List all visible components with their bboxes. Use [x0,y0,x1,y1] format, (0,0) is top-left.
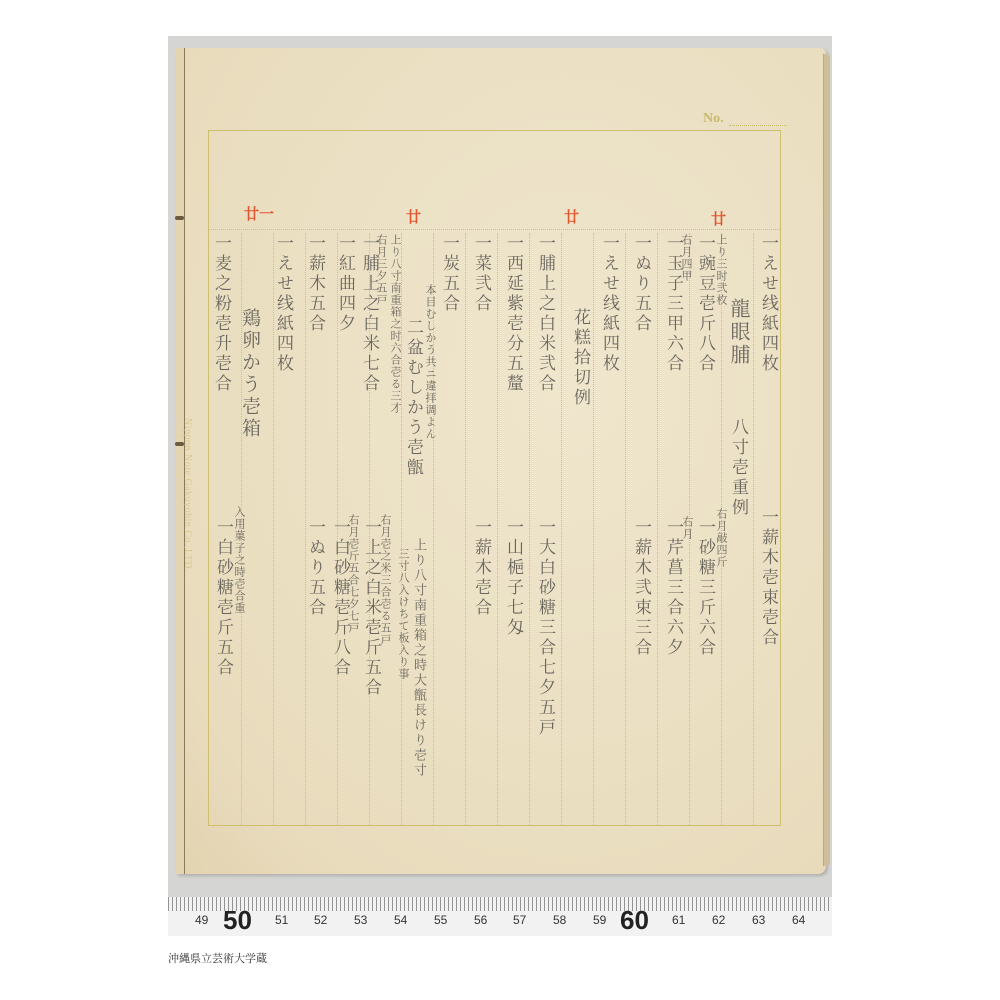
document-photo: No. Nippon Note Gakuyohin Co.,LTD. 廿 廿 [168,36,832,936]
ruler-label: 63 [752,913,765,927]
publisher-imprint: Nippon Note Gakuyohin Co.,LTD. [182,418,193,572]
ruler-label: 57 [513,913,526,927]
ledger-entry: 一上之白米壱斤五合 [362,518,379,698]
section-head: 廿一 [244,203,274,224]
notebook-page: No. Nippon Note Gakuyohin Co.,LTD. 廿 廿 [176,48,826,874]
ledger-entry: 一ぬり五合 [306,518,323,618]
ledger-entry: 一えせ线紙四枚 [274,234,291,374]
ledger-note: 上り三时弐枚 [716,234,727,306]
ruler-label: 50 [223,905,252,936]
page-number-blank [729,125,787,126]
column-rule [657,233,658,825]
ruler-label: 62 [712,913,725,927]
section-head: 廿 [406,206,421,227]
ledger-entry: 一えせ线紙四枚 [600,234,617,374]
ledger-entry: 一薪木五合 [306,234,323,334]
ledger-entry: 一豌豆壱斤八合 [696,234,713,374]
ledger-entry: 一えせ线紙四枚 [759,234,776,374]
ledger-entry: 花糕拾切例 [571,308,588,408]
ledger-note: 右月壱之米三合壱る五戸 [380,514,391,646]
column-rule [529,233,530,825]
ruler-label: 58 [553,913,566,927]
ledger-entry: 一芹菖三合六夕 [664,518,681,658]
ruler-label: 55 [434,913,447,927]
binding-hole [175,216,184,220]
top-rule [209,229,780,230]
ledger-entry: 一紅曲四夕 [336,234,353,334]
ledger-entry: 上り八寸南重箱之時大甑長けり壱寸 [412,538,425,778]
ruler-label: 64 [792,913,805,927]
column-rule [753,233,754,825]
ledger-note: 上り八寸南重箱之时六合壱る三才 [390,234,401,414]
ledger-entry: 一薪木壱合 [472,518,489,618]
ledger-entry: 龍眼脯 [729,298,749,367]
ruler-label: 49 [195,913,208,927]
ledger-entry: 一玉子三甲六合 [664,234,681,374]
column-rule [593,233,594,825]
collection-credit: 沖縄県立芸術大学蔵 [168,950,267,966]
page-edge [823,54,830,866]
measuring-ruler: 49 50 51 52 53 54 55 56 57 58 59 60 61 6… [168,897,832,936]
ledger-note: 右月敲四斤 [716,508,727,568]
ledger-entry: 一薪木弐束三合 [632,518,649,658]
ledger-entry: 一脯上之白米弐合 [536,234,553,394]
ledger-entry: 一麦之粉壱升壱合 [212,234,229,394]
ledger-entry: 八寸壱重例 [729,418,746,518]
ruler-label: 61 [672,913,685,927]
ledger-entry: 一白砂糖壱斤五合 [214,518,231,678]
ledger-entry: 一砂糖三斤六合 [696,518,713,658]
section-head: 廿 [564,206,579,227]
ledger-entry: 一炭五合 [440,234,457,314]
ledger-entry: 一西延紫壱分五釐 [504,234,521,394]
page-number-label: No. [703,111,724,127]
ledger-entry: 一白砂糖壱斤八合 [331,518,348,678]
column-rule [497,233,498,825]
ledger-note: 右月 [682,516,693,540]
ledger-entry: 一山梔子七匁 [504,518,521,638]
ledger-note: 三寸八入けちて板入り事 [398,548,409,680]
ruler-label: 54 [394,913,407,927]
ruler-label: 53 [354,913,367,927]
ledger-entry: 一脯上之白米七合 [360,234,377,394]
ledger-entry: 一薪木壱束壱合 [759,508,776,648]
ruler-label: 52 [314,913,327,927]
ruler-label: 51 [275,913,288,927]
ledger-entry: 一ぬり五合 [632,234,649,334]
ledger-note: 本目むしかう共ニ違拝调よん [425,284,436,440]
ledger-entry: 一大白砂糖三合七夕五戸 [536,518,553,738]
ruler-label: 59 [593,913,606,927]
ledger-note: 入用菓子之時壱合重 [234,506,245,614]
ledger-entry: 二盆むしかう壱甑 [404,318,421,478]
column-rule [465,233,466,825]
ruler-label: 60 [620,905,649,936]
ruler-ticks [168,897,832,911]
ledger-entry: 鶏卵かう壱箱 [240,308,259,440]
ledger-entry: 一菜弐合 [472,234,489,314]
ruler-label: 56 [474,913,487,927]
section-head: 廿 [711,208,726,229]
column-rule [625,233,626,825]
column-rule [561,233,562,825]
